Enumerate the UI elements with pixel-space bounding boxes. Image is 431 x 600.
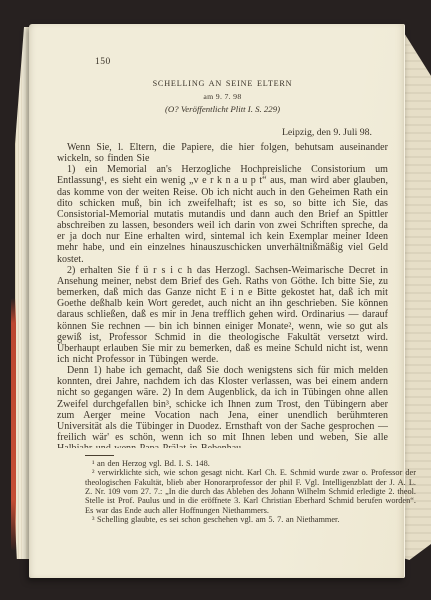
text-column: SCHELLING AN SEINE ELTERN am 9. 7. 98 (O… <box>57 24 388 448</box>
footnote-2: ² verwirklichte sich, wie schon gesagt n… <box>85 468 416 515</box>
page-stack-edge <box>15 27 30 559</box>
footnote-3: ³ Schelling glaubte, es sei schon gesche… <box>85 515 416 524</box>
paragraph-2: 1) ein Memorial an's Herzogliche Hochpre… <box>57 164 388 264</box>
screenshot-root: { "page": { "number": "150", "header": {… <box>0 0 431 600</box>
footnote-separator <box>85 455 114 456</box>
paragraph-3: 2) erhalten Sie f ü r s i c h das Herzog… <box>57 265 388 365</box>
letter-heading: SCHELLING AN SEINE ELTERN <box>57 79 388 88</box>
footnote-area: ¹ an den Herzog vgl. Bd. I. S. 148. ² ve… <box>85 455 416 524</box>
paragraph-1: Wenn Sie, l. Eltern, die Papiere, die hi… <box>57 142 388 164</box>
publication-note: (O? Veröffentlicht Plitt I. S. 229) <box>57 104 388 114</box>
letter-header: SCHELLING AN SEINE ELTERN am 9. 7. 98 (O… <box>57 79 388 114</box>
letter-body: Wenn Sie, l. Eltern, die Papiere, die hi… <box>57 142 388 448</box>
book-page: 150 SCHELLING AN SEINE ELTERN am 9. 7. 9… <box>29 24 405 578</box>
letter-dateline: Leipzig, den 9. Juli 98. <box>57 127 388 138</box>
book-photo: 150 SCHELLING AN SEINE ELTERN am 9. 7. 9… <box>0 0 431 600</box>
letter-heading-date: am 9. 7. 98 <box>57 92 388 101</box>
book-cover-red-edge <box>11 298 16 550</box>
paragraph-4: Denn 1) habe ich gemacht, daß Sie doch w… <box>57 365 388 448</box>
footnote-1: ¹ an den Herzog vgl. Bd. I. S. 148. <box>85 459 416 468</box>
